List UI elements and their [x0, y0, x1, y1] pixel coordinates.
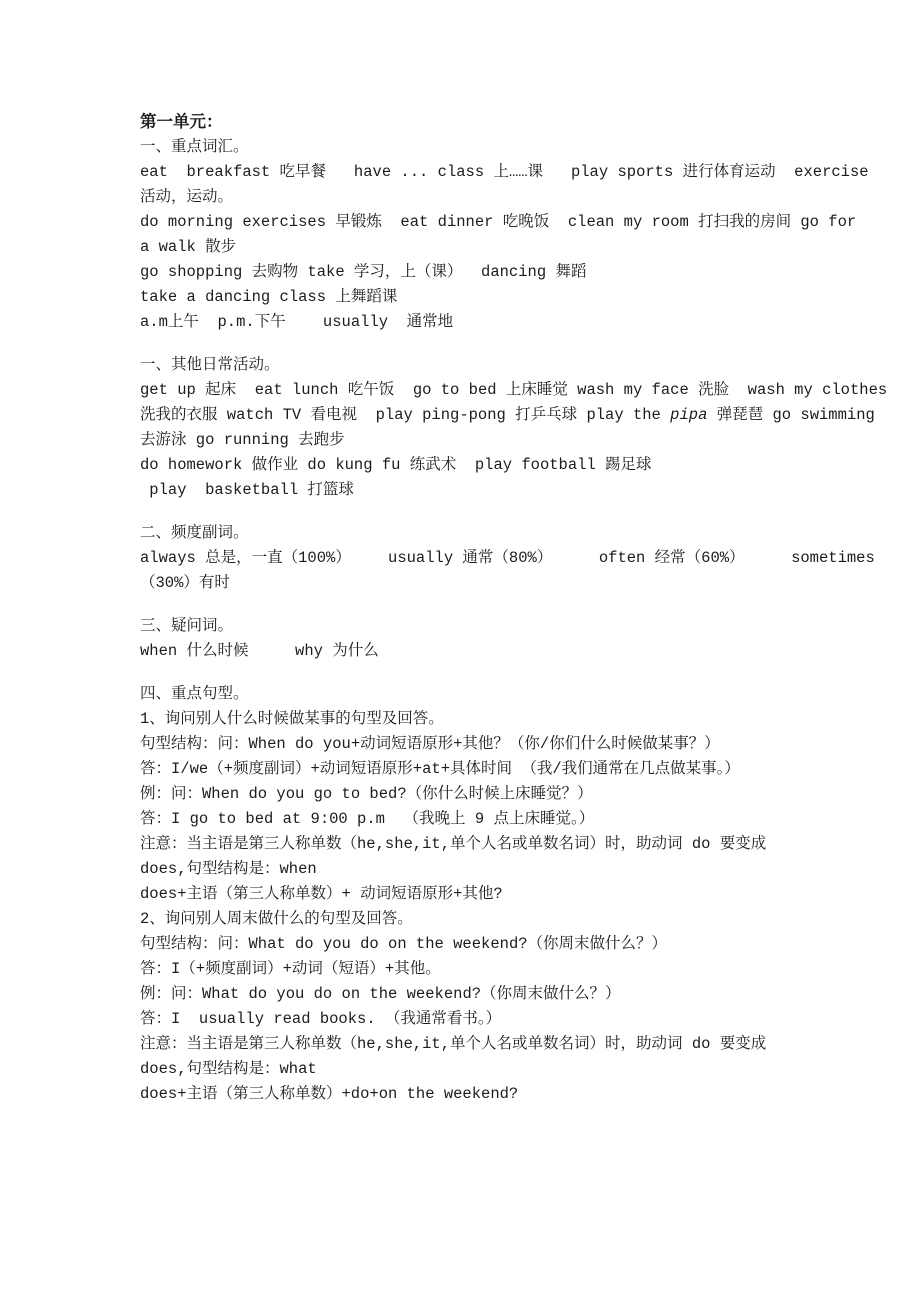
section-heading: 一、其他日常活动。 [140, 353, 850, 378]
text-line: get up 起床 eat lunch 吃午饭 go to bed 上床睡觉 w… [140, 378, 850, 403]
text-segment: 弹琵琶 go swimming [707, 406, 874, 424]
section-heading: 三、疑问词。 [140, 614, 850, 639]
text-line: 例：问：When do you go to bed?（你什么时候上床睡觉？） [140, 782, 850, 807]
text-line: does,句型结构是：what [140, 1057, 850, 1082]
text-line: a walk 散步 [140, 235, 850, 260]
text-line: 答：I usually read books. （我通常看书。） [140, 1007, 850, 1032]
text-line: do morning exercises 早锻炼 eat dinner 吃晚饭 … [140, 210, 850, 235]
text-line: take a dancing class 上舞蹈课 [140, 285, 850, 310]
text-line: 句型结构：问：What do you do on the weekend?（你周… [140, 932, 850, 957]
blank-line [140, 664, 850, 682]
text-line: 洗我的衣服 watch TV 看电视 play ping-pong 打乒乓球 p… [140, 403, 850, 428]
text-line: 1、询问别人什么时候做某事的句型及回答。 [140, 707, 850, 732]
text-line: go shopping 去购物 take 学习，上（课） dancing 舞蹈 [140, 260, 850, 285]
document-body: 第一单元：一、重点词汇。eat breakfast 吃早餐 have ... c… [140, 110, 850, 1107]
unit-title: 第一单元： [140, 110, 850, 135]
text-line: 去游泳 go running 去跑步 [140, 428, 850, 453]
text-line: 2、询问别人周末做什么的句型及回答。 [140, 907, 850, 932]
document-page: 第一单元：一、重点词汇。eat breakfast 吃早餐 have ... c… [0, 0, 920, 1302]
text-line: does+主语（第三人称单数）+ 动词短语原形+其他? [140, 882, 850, 907]
text-line: do homework 做作业 do kung fu 练武术 play foot… [140, 453, 850, 478]
text-line: （30%）有时 [140, 571, 850, 596]
section-heading: 四、重点句型。 [140, 682, 850, 707]
text-line: always 总是，一直（100%） usually 通常（80%） often… [140, 546, 850, 571]
text-line: 注意：当主语是第三人称单数（he,she,it,单个人名或单数名词）时，助动词 … [140, 832, 850, 857]
text-line: 答：I/we（+频度副词）+动词短语原形+at+具体时间 （我/我们通常在几点做… [140, 757, 850, 782]
text-line: 答：I（+频度副词）+动词（短语）+其他。 [140, 957, 850, 982]
blank-line [140, 596, 850, 614]
text-line: 例：问：What do you do on the weekend?（你周末做什… [140, 982, 850, 1007]
text-line: 答：I go to bed at 9:00 p.m （我晚上 9 点上床睡觉。） [140, 807, 850, 832]
text-line: 句型结构：问：When do you+动词短语原形+其他？（你/你们什么时候做某… [140, 732, 850, 757]
section-heading: 二、频度副词。 [140, 521, 850, 546]
text-line: eat breakfast 吃早餐 have ... class 上……课 pl… [140, 160, 850, 185]
blank-line [140, 335, 850, 353]
blank-line [140, 503, 850, 521]
text-segment: 洗我的衣服 watch TV 看电视 play ping-pong 打乒乓球 p… [140, 406, 670, 424]
text-line: does,句型结构是：when [140, 857, 850, 882]
text-line: a.m上午 p.m.下午 usually 通常地 [140, 310, 850, 335]
section-heading: 一、重点词汇。 [140, 135, 850, 160]
text-line: does+主语（第三人称单数）+do+on the weekend? [140, 1082, 850, 1107]
text-line: when 什么时候 why 为什么 [140, 639, 850, 664]
italic-word: pipa [670, 406, 707, 424]
text-line: 注意：当主语是第三人称单数（he,she,it,单个人名或单数名词）时，助动词 … [140, 1032, 850, 1057]
text-line: 活动，运动。 [140, 185, 850, 210]
text-line: play basketball 打篮球 [140, 478, 850, 503]
